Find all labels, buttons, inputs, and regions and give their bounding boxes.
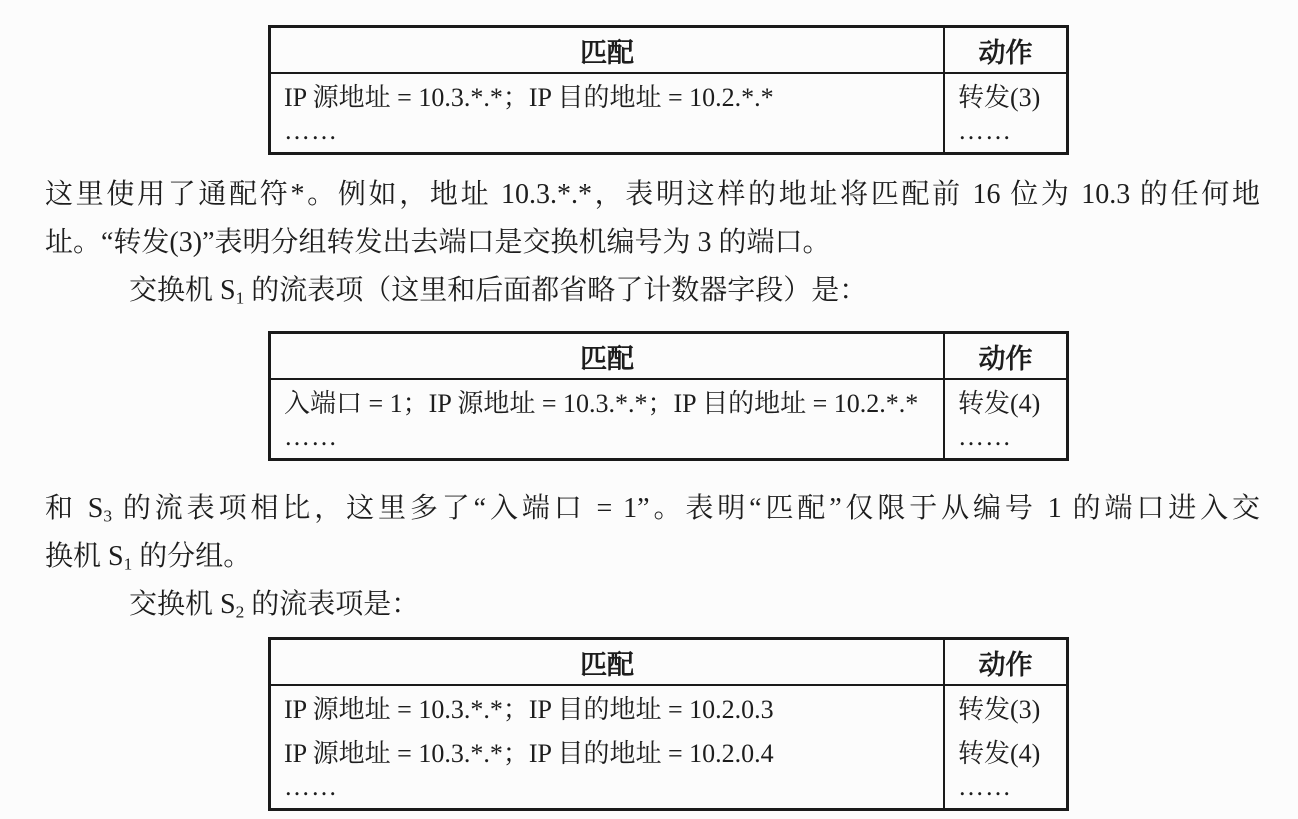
text-line: 这里使用了通配符*。例如，地址 10.3.*.*，表明这样的地址将匹配前 16 … xyxy=(45,171,1260,219)
table-row: IP 源地址 = 10.3.*.*；IP 目的地址 = 10.2.0.3 转发(… xyxy=(270,685,1068,730)
flow-table-s2: 匹配 动作 IP 源地址 = 10.3.*.*；IP 目的地址 = 10.2.0… xyxy=(268,637,1069,811)
match-cell: 入端口 = 1；IP 源地址 = 10.3.*.*；IP 目的地址 = 10.2… xyxy=(270,379,945,424)
subscript-text: 2 xyxy=(236,602,245,621)
text-line: 址。“转发(3)”表明分组转发出去端口是交换机编号为 3 的端口。 xyxy=(45,219,1260,267)
header-row: 匹配 动作 xyxy=(270,639,1068,686)
subscript-text: 1 xyxy=(236,288,245,307)
subscript-text: 1 xyxy=(124,554,133,573)
action-cell: 转发(4) xyxy=(944,379,1068,424)
column-header-action: 动作 xyxy=(944,333,1068,380)
text-run: 这里使用了通配符*。例如，地址 10.3.*.*，表明这样的地址将匹配前 16 … xyxy=(45,179,1260,210)
column-header-match: 匹配 xyxy=(270,27,945,74)
match-cell: IP 源地址 = 10.3.*.*；IP 目的地址 = 10.2.0.3 xyxy=(270,685,945,730)
match-cell: …… xyxy=(270,118,945,154)
column-header-action: 动作 xyxy=(944,639,1068,686)
text-line: 交换机 S2 的流表项是： xyxy=(45,581,1260,629)
flow-table-s3: 匹配 动作 IP 源地址 = 10.3.*.*；IP 目的地址 = 10.2.*… xyxy=(268,25,1069,155)
action-cell: …… xyxy=(944,118,1068,154)
ellipsis-row: …… …… xyxy=(270,774,1068,810)
paragraph-s1-comparison: 和 S3 的流表项相比，这里多了“入端口 = 1”。表明“匹配”仅限于从编号 1… xyxy=(45,485,1260,629)
action-cell: …… xyxy=(944,774,1068,810)
text-run: 交换机 S xyxy=(129,589,236,620)
text-run: 的分组。 xyxy=(132,541,251,572)
text-line: 和 S3 的流表项相比，这里多了“入端口 = 1”。表明“匹配”仅限于从编号 1… xyxy=(45,485,1260,533)
column-header-action: 动作 xyxy=(944,27,1068,74)
header-row: 匹配 动作 xyxy=(270,333,1068,380)
match-cell: IP 源地址 = 10.3.*.*；IP 目的地址 = 10.2.*.* xyxy=(270,73,945,118)
action-cell: 转发(3) xyxy=(944,73,1068,118)
action-cell: 转发(4) xyxy=(944,730,1068,774)
text-line: 交换机 S1 的流表项（这里和后面都省略了计数器字段）是： xyxy=(45,267,1260,315)
text-run: 址。“转发(3)”表明分组转发出去端口是交换机编号为 3 的端口。 xyxy=(45,227,831,258)
text-run: 和 S xyxy=(45,493,103,524)
match-cell: IP 源地址 = 10.3.*.*；IP 目的地址 = 10.2.0.4 xyxy=(270,730,945,774)
column-header-match: 匹配 xyxy=(270,639,945,686)
table-row: IP 源地址 = 10.3.*.*；IP 目的地址 = 10.2.0.4 转发(… xyxy=(270,730,1068,774)
action-cell: 转发(3) xyxy=(944,685,1068,730)
flow-table-s3-wrapper: 匹配 动作 IP 源地址 = 10.3.*.*；IP 目的地址 = 10.2.*… xyxy=(268,0,1298,155)
flow-table-s1-wrapper: 匹配 动作 入端口 = 1；IP 源地址 = 10.3.*.*；IP 目的地址 … xyxy=(268,331,1298,461)
table-row: 入端口 = 1；IP 源地址 = 10.3.*.*；IP 目的地址 = 10.2… xyxy=(270,379,1068,424)
column-header-match: 匹配 xyxy=(270,333,945,380)
table-row: IP 源地址 = 10.3.*.*；IP 目的地址 = 10.2.*.* 转发(… xyxy=(270,73,1068,118)
document-page: 匹配 动作 IP 源地址 = 10.3.*.*；IP 目的地址 = 10.2.*… xyxy=(0,0,1298,819)
ellipsis-row: …… …… xyxy=(270,118,1068,154)
ellipsis-row: …… …… xyxy=(270,424,1068,460)
action-cell: …… xyxy=(944,424,1068,460)
text-line: 换机 S1 的分组。 xyxy=(45,533,1260,581)
header-row: 匹配 动作 xyxy=(270,27,1068,74)
text-run: 的流表项（这里和后面都省略了计数器字段）是： xyxy=(244,275,867,306)
subscript-text: 3 xyxy=(103,506,112,525)
match-cell: …… xyxy=(270,424,945,460)
text-run: 的流表项相比，这里多了“入端口 = 1”。表明“匹配”仅限于从编号 1 的端口进… xyxy=(112,493,1260,524)
match-cell: …… xyxy=(270,774,945,810)
text-run: 的流表项是： xyxy=(244,589,419,620)
text-run: 交换机 S xyxy=(129,275,236,306)
paragraph-wildcard-explanation: 这里使用了通配符*。例如，地址 10.3.*.*，表明这样的地址将匹配前 16 … xyxy=(45,171,1260,315)
flow-table-s2-wrapper: 匹配 动作 IP 源地址 = 10.3.*.*；IP 目的地址 = 10.2.0… xyxy=(268,637,1298,811)
text-run: 换机 S xyxy=(45,541,124,572)
flow-table-s1: 匹配 动作 入端口 = 1；IP 源地址 = 10.3.*.*；IP 目的地址 … xyxy=(268,331,1069,461)
